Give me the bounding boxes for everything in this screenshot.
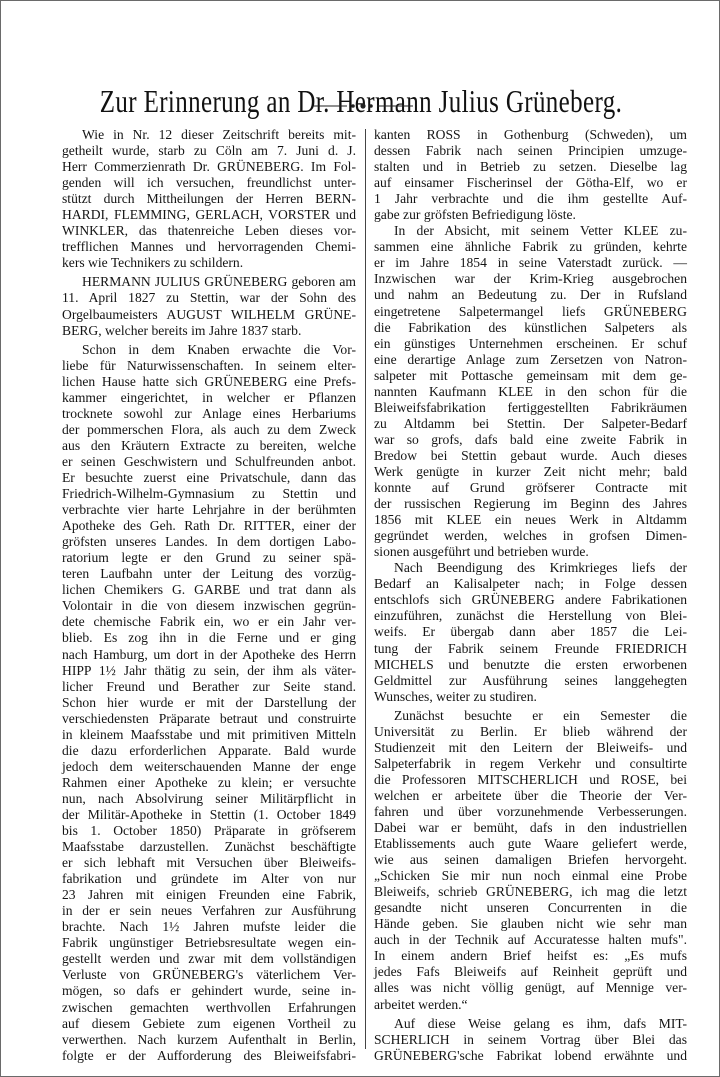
text-line: In der Absicht, mit seinem Vetter KLEE z…	[374, 223, 687, 239]
text-line: gestellt werden und zwar mit dem vollstä…	[62, 951, 356, 967]
text-line: stützt durch Mittheilungen der Herren BE…	[62, 191, 356, 207]
text-line: bis 1. October 1850) Präparate in gröfse…	[62, 823, 356, 839]
text-line: licher Freund und Berather zur Seite sta…	[62, 679, 356, 695]
text-line: dessen Fabrik nach seinen Principien umz…	[374, 143, 687, 159]
text-line: zu Altdamm bei Stettin. Der Salpeter-Bed…	[374, 416, 687, 432]
text-line: jedes Fafs Bleiweifs auf Reinheit geprüf…	[374, 964, 687, 980]
text-line: 23 Jahren mit einigen Freunden eine Fabr…	[62, 887, 356, 903]
text-line: GRÜNEBERG'sche Fabrikat lobend erwähnte …	[374, 1048, 687, 1064]
text-line: sammen eine ähnliche Fabrik zu gründen, …	[374, 239, 687, 255]
text-line: entschlofs sich GRÜNEBERG andere Fabrika…	[374, 592, 687, 608]
text-line: alles was nicht völlig genügt, auf Menni…	[374, 980, 687, 996]
text-line: Apotheke des Geh. Rath Dr. RITTER, einer…	[62, 518, 356, 534]
text-line: genden will ich versuchen, freundlichst …	[62, 175, 356, 191]
text-line: „Schicken Sie mir nun noch einmal eine P…	[374, 868, 687, 884]
text-line: verbrachte vier harte Lehrjahre in der b…	[62, 502, 356, 518]
text-line: jedoch dem weiterschauenden Manne der en…	[62, 759, 356, 775]
text-line: er seinen Geschwistern und Schulfreunden…	[62, 454, 356, 470]
left-text-column: Wie in Nr. 12 dieser Zeitschrift bereits…	[62, 127, 356, 1064]
text-line: WINKLER, das thatenreiche Leben dieses v…	[62, 223, 356, 239]
text-line: teren Laufbahn unter der Leitung des vor…	[62, 566, 356, 582]
text-line: tung der Fabrik seinem Freunde FRIEDRICH	[374, 641, 687, 657]
text-line: sionen ausgeführt und betrieben wurde.	[374, 544, 687, 560]
text-line: Werk genügte in kurzer Zeit nicht mehr; …	[374, 464, 687, 480]
text-line: Maafsstabe darzustellen. Zunächst beschä…	[62, 839, 356, 855]
text-line: nach Hamburg, um dort in der Apotheke de…	[62, 647, 356, 663]
text-line: 1856 mit KLEE ein neues Werk in Altdamm	[374, 512, 687, 528]
text-line: HIPP 1½ Jahr thätig zu sein, der ihm als…	[62, 663, 356, 679]
text-line: Bredow bei Stettin gebaut wurde. Auch di…	[374, 448, 687, 464]
text-line: Friedrich-Wilhelm-Gymnasium zu Stettin u…	[62, 486, 356, 502]
text-line: HERMANN JULIUS GRÜNEBERG geboren am	[62, 274, 356, 290]
text-line: Auf diese Weise gelang es ihm, dafs MIT-	[374, 1016, 687, 1032]
text-line: trefflichen Mannes und hervorragenden Ch…	[62, 239, 356, 255]
text-line: die Professoren MITSCHERLICH und ROSE, b…	[374, 772, 687, 788]
text-line: kammer eingerichtet, in welcher er Pflan…	[62, 390, 356, 406]
text-line: Er besuchte zuerst eine Privatschule, da…	[62, 470, 356, 486]
text-line: verschiedensten Präparate betraut und co…	[62, 711, 356, 727]
text-line: zwischen gemachten werthvollen Erfahrung…	[62, 1000, 356, 1016]
text-line: auf einsamer Fischerinsel der Götha-Elf,…	[374, 175, 687, 191]
text-line: Universität zu Berlin. Er blieb während …	[374, 724, 687, 740]
text-line: brachte. Nach 1½ Jahren mufste leider di…	[62, 919, 356, 935]
text-line: HARDI, FLEMMING, GERLACH, VORSTER und	[62, 207, 356, 223]
text-line: in kleinem Maafsstabe und mit primitiven…	[62, 727, 356, 743]
text-line: salpeter mit Pottasche gemeinsam mit dem…	[374, 368, 687, 384]
text-line: getheilt wurde, starb zu Cöln am 7. Juni…	[62, 143, 356, 159]
text-line: und nahm an Bedeutung zu. Der in Rufslan…	[374, 287, 687, 303]
text-line: Bedarf an Kalisalpeter nach; in Folge de…	[374, 576, 687, 592]
text-line: liebe für Naturwissenschaften. In seinem…	[62, 358, 356, 374]
text-line: Schon in dem Knaben erwachte die Vor-	[62, 342, 356, 358]
text-line: auf diesem Gebiete zum eigenen Vortheil …	[62, 1016, 356, 1032]
ornament-divider-icon	[313, 101, 413, 111]
text-line: Geldmittel zur Ausführung seines langgeh…	[374, 673, 687, 689]
text-line: wie aus seinen damaligen Briefen hervorg…	[374, 852, 687, 868]
text-line: mögen, so dafs er gehindert wurde, seine…	[62, 983, 356, 999]
text-line: er im Jahre 1854 in seine Vaterstadt zur…	[374, 255, 687, 271]
text-line: 1 Jahr verbrachte und die ihm gestellte …	[374, 191, 687, 207]
text-line: nun, nach Absolvirung seiner Militärpfli…	[62, 791, 356, 807]
text-line: fabrikation und gründete im Alter von nu…	[62, 871, 356, 887]
text-line: Herr Commerzienrath Dr. GRÜNEBERG. Im Fo…	[62, 159, 356, 175]
text-line: in der er sein neues Verfahren zur Ausfü…	[62, 903, 356, 919]
text-line: SCHERLICH in seinem Vortrag über Blei da…	[374, 1032, 687, 1048]
text-line: eingetretene Salpetermangel liefs GRÜNEB…	[374, 304, 687, 320]
text-line: BERG, welcher bereits im Jahre 1837 star…	[62, 323, 356, 339]
text-line: Etablissements auch gute Waare geliefert…	[374, 836, 687, 852]
text-line: einzuführen, zunächst die Herstellung vo…	[374, 608, 687, 624]
text-line: trocknete sowohl zur Anlage eines Herbar…	[62, 406, 356, 422]
text-line: auch in der Technik auf Accuratesse halt…	[374, 932, 687, 948]
text-line: lichen Hause hatte sich GRÜNEBERG eine P…	[62, 374, 356, 390]
text-line: Salpeterfabrik in regem Verkehr und cons…	[374, 756, 687, 772]
text-line: nannten Kaufmann KLEE in den schon für d…	[374, 384, 687, 400]
text-line: der Militär-Apotheke in Stettin (1. Octo…	[62, 807, 356, 823]
text-line: lichen Chemikers G. GARBE und trat dann …	[62, 582, 356, 598]
text-line: In einem andern Brief heifst es: „Es muf…	[374, 948, 687, 964]
text-line: die dazu erforderlichen Apparate. Bald w…	[62, 743, 356, 759]
text-line: kers wie Technikers zu schildern.	[62, 255, 356, 271]
text-line: Volontair in die von diesem inzwischen g…	[62, 598, 356, 614]
text-line: Hände geben. Sie glauben nicht wie sehr …	[374, 916, 687, 932]
text-line: folgte er der Aufforderung des Bleiweifs…	[62, 1048, 356, 1064]
text-line: eine derartige Anlage zum Zersetzen von …	[374, 352, 687, 368]
text-line: kanten ROSS in Gothenburg (Schweden), um	[374, 127, 687, 143]
text-line: Wunsches, weiter zu studiren.	[374, 689, 687, 705]
text-line: 11. April 1827 zu Stettin, war der Sohn …	[62, 290, 356, 306]
text-line: arbeitet werden.“	[374, 997, 687, 1013]
text-line: Inzwischen war der Krim-Krieg ausgebroch…	[374, 271, 687, 287]
text-line: der russischen Regierung im Beginn des J…	[374, 496, 687, 512]
text-line: Schon hier wurde er mit der Darstellung …	[62, 695, 356, 711]
text-line: stalten und in Betrieb zu setzen. Diesel…	[374, 159, 687, 175]
text-line: weifs. Er übergab dann aber 1857 die Lei…	[374, 624, 687, 640]
text-line: Verluste von GRÜNEBERG's väterlichem Ver…	[62, 967, 356, 983]
text-line: welchen er arbeitete über die Theorie de…	[374, 788, 687, 804]
text-line: ratorium legte er den Grund zu seiner sp…	[62, 550, 356, 566]
text-line: gegründet werden, welches in grofsen Dim…	[374, 528, 687, 544]
text-line: ein günstiges Unternehmen erscheinen. Er…	[374, 336, 687, 352]
text-line: er sich lebhaft mit Versuchen über Bleiw…	[62, 855, 356, 871]
text-line: Wie in Nr. 12 dieser Zeitschrift bereits…	[62, 127, 356, 143]
text-line: Dabei war er bemüht, dafs in den industr…	[374, 820, 687, 836]
text-line: war so grofs, dafs bald eine zweite Fabr…	[374, 432, 687, 448]
column-divider	[365, 129, 366, 1049]
text-line: konnte auf Grund gröfserer Contracte mit	[374, 480, 687, 496]
text-line: die Fabrikation des künstlichen Salpeter…	[374, 320, 687, 336]
text-line: MICHELS und benutzte die ersten erworben…	[374, 657, 687, 673]
text-line: verwerthen. Nach kurzem Aufenthalt in Be…	[62, 1032, 356, 1048]
text-line: Zunächst besuchte er ein Semester die	[374, 708, 687, 724]
right-text-column: kanten ROSS in Gothenburg (Schweden), um…	[374, 127, 687, 1064]
text-line: gröfsten unseres Landes. In dem dortigen…	[62, 534, 356, 550]
text-line: aus den Kräutern Extracte zu bereiten, w…	[62, 438, 356, 454]
text-line: dete chemische Fabrik ein, wo er ein Jah…	[62, 614, 356, 630]
text-line: gabe zur gröfsten Befriedigung löste.	[374, 207, 687, 223]
text-line: gesandte nicht unseren Concurrenten in d…	[374, 900, 687, 916]
text-line: Orgelbaumeisters AUGUST WILHELM GRÜNE-	[62, 307, 356, 323]
text-line: blieb. Es zog ihn in die Ferne und er gi…	[62, 630, 356, 646]
text-line: Fabrik ungünstiger Betriebsresultate weg…	[62, 935, 356, 951]
text-line: Bleiweifsfabrikation fertiggestellten Fa…	[374, 400, 687, 416]
text-line: Rahmen einer Apotheke zu klein; er versu…	[62, 775, 356, 791]
text-line: Studienzeit mit den Leitern der Bleiweif…	[374, 740, 687, 756]
document-page: Zur Erinnerung an Dr. Hermann Julius Grü…	[0, 0, 720, 1077]
text-line: Bleiweifs, schrieb GRÜNEBERG, ich mag di…	[374, 884, 687, 900]
text-line: der pommerschen Flora, als auch zu dem Z…	[62, 422, 356, 438]
text-line: fahren und über vorzunehmende Verbesseru…	[374, 804, 687, 820]
text-line: Nach Beendigung des Krimkrieges liefs de…	[374, 560, 687, 576]
